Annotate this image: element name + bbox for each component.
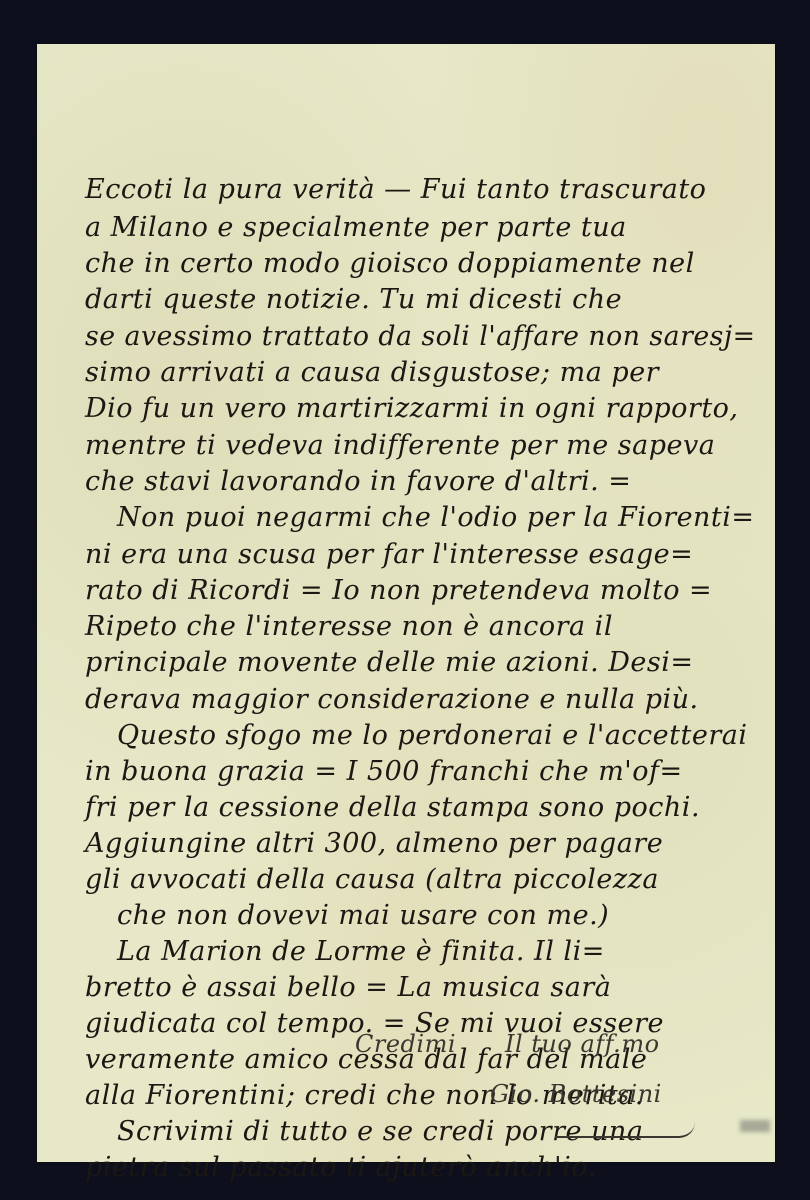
pencil-smudge: [740, 1120, 770, 1132]
letter-line: Non puoi negarmi che l'odio per la Fiore…: [117, 502, 754, 533]
affection-closing: Il tuo aff.mo: [505, 1030, 660, 1058]
letter-line: a Milano e specialmente per parte tua: [85, 212, 627, 243]
letter-line: rato di Ricordi = Io non pretendeva molt…: [85, 575, 712, 606]
letter-line: darti queste notizie. Tu mi dicesti che: [85, 284, 622, 315]
letter-line: che non dovevi mai usare con me.): [117, 900, 609, 931]
letter-line: in buona grazia = I 500 franchi che m'of…: [85, 756, 683, 787]
letter-line: Aggiungine altri 300, almeno per pagare: [85, 828, 663, 859]
letter-line: Questo sfogo me lo perdonerai e l'accett…: [117, 720, 747, 751]
letter-line: che stavi lavorando in favore d'altri. =: [85, 466, 631, 497]
letter-line: bretto è assai bello = La musica sarà: [85, 972, 611, 1003]
letter-line: principale movente delle mie azioni. Des…: [85, 647, 693, 678]
letter-page: Eccoti la pura verità — Fui tanto trascu…: [37, 44, 775, 1162]
letter-line: La Marion de Lorme è finita. Il li=: [117, 936, 605, 967]
letter-line: fri per la cessione della stampa sono po…: [85, 792, 700, 823]
letter-line: che in certo modo gioisco doppiamente ne…: [85, 248, 695, 279]
letter-line: Dio fu un vero martirizzarmi in ogni rap…: [85, 393, 739, 424]
letter-line: Ripeto che l'interesse non è ancora il: [85, 611, 613, 642]
valediction: Credimi: [355, 1030, 456, 1058]
letter-line: simo arrivati a causa disgustose; ma per: [85, 357, 659, 388]
letter-line: pietra sul passato ti ajuterò anch'io.: [85, 1152, 597, 1183]
letter-line: ni era una scusa per far l'interesse esa…: [85, 539, 693, 570]
signature-flourish: [555, 1122, 695, 1138]
letter-line: mentre ti vedeva indifferente per me sap…: [85, 430, 715, 461]
letter-line: se avessimo trattato da soli l'affare no…: [85, 321, 756, 352]
letter-line: Eccoti la pura verità — Fui tanto trascu…: [85, 174, 706, 205]
letter-line: derava maggior considerazione e nulla pi…: [85, 684, 699, 715]
letter-line: gli avvocati della causa (altra piccolez…: [85, 864, 659, 895]
signature: Gio. Bottesini: [490, 1080, 662, 1108]
